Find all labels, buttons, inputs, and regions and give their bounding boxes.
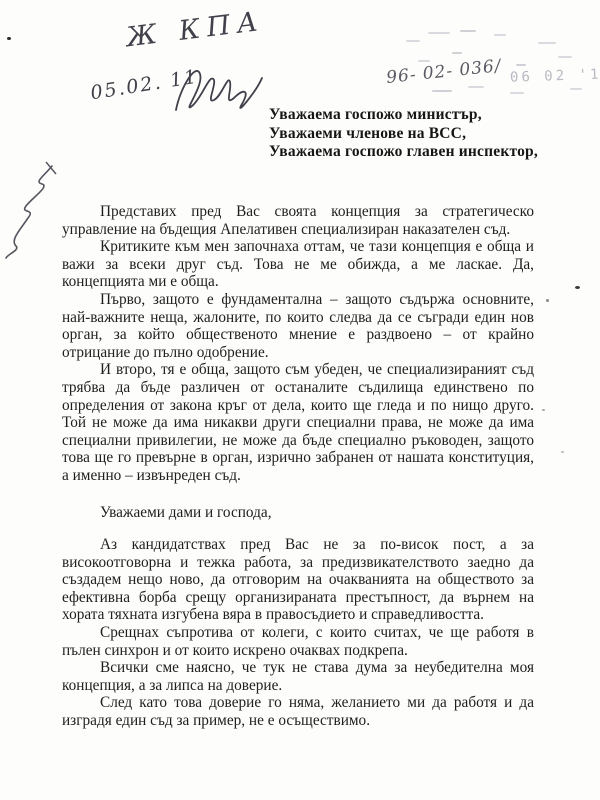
- paragraph: Критиките към мен започнаха оттам, че та…: [62, 238, 534, 291]
- salutation-line: Уважаеми членове на ВСС,: [269, 125, 538, 144]
- signature-scribble: [168, 46, 268, 124]
- paragraph: Всички сме наясно, че тук не става дума …: [62, 659, 534, 694]
- salutation-block: Уважаема госпожо министър, Уважаеми член…: [269, 106, 538, 162]
- salutation-line: Уважаема госпожо главен инспектор,: [269, 143, 538, 162]
- paragraph: Първо, защото е фундаментална – защото с…: [62, 291, 534, 361]
- letter-body: Представих пред Вас своята концепция за …: [62, 203, 534, 730]
- scanned-letter-page: Ж КПА 05.02. 11 96- 02- 036/ 06 02 '11 У…: [0, 0, 600, 800]
- paragraph: И второ, тя е обща, защото съм убеден, ч…: [62, 361, 534, 484]
- paragraph: Представих пред Вас своята концепция за …: [62, 203, 534, 238]
- stamped-date: 06 02 '11: [510, 66, 600, 86]
- handwritten-register-number: 96- 02- 036/: [385, 56, 502, 88]
- paragraph: Срещнах съпротива от колеги, с които счи…: [62, 624, 534, 659]
- paragraph: След като това доверие го няма, желаниет…: [62, 694, 534, 729]
- scan-speck: [561, 451, 564, 453]
- salutation-line: Уважаема госпожо министър,: [269, 106, 538, 125]
- registry-stamp: 96- 02- 036/ 06 02 '11: [398, 26, 596, 98]
- scan-speck: [546, 299, 549, 302]
- scan-speck: [7, 37, 11, 40]
- salutation-inline: Уважаеми дами и господа,: [62, 504, 534, 522]
- scan-speck: [575, 286, 580, 289]
- paragraph: Аз кандидатствах пред Вас не за по-висок…: [62, 536, 534, 624]
- scan-speck: [542, 409, 545, 411]
